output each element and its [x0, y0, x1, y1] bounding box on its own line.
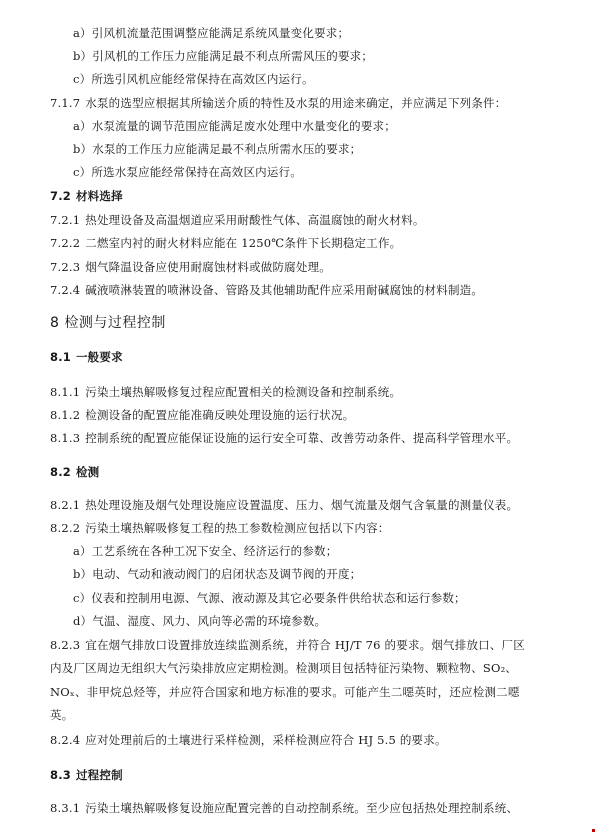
- line-text: b）电动、气动和液动阀门的启闭状态及调节阀的开度；: [73, 567, 361, 581]
- clause-number: 8.3.1: [50, 801, 80, 815]
- clause-paragraph: 7.2.1热处理设备及高温烟道应采用耐酸性气体、高温腐蚀的耐火材料。: [50, 213, 425, 227]
- clause-paragraph: 7.1.7水泵的选型应根据其所输送介质的特性及水泵的用途来确定，并应满足下列条件…: [50, 96, 506, 110]
- line-text: c）所选引风机应能经常保持在高效区内运行。: [73, 72, 314, 86]
- list-item: d）气温、湿度、风力、风向等必需的环境参数。: [73, 614, 326, 628]
- clause-number: 8: [50, 315, 59, 331]
- clause-number: 8.2.4: [50, 733, 80, 747]
- line-text: b）水泵的工作压力应能满足最不利点所需水压的要求；: [73, 142, 361, 156]
- paragraph-continuation: NOₓ、非甲烷总烃等，并应符合国家和地方标准的要求。可能产生二噁英时，还应检测二…: [50, 685, 520, 699]
- clause-paragraph: 8.2.3宜在烟气排放口设置排放连续监测系统，并符合 HJ/T 76 的要求。烟…: [50, 638, 525, 652]
- clause-paragraph: 7.2.3烟气降温设备应使用耐腐蚀材料或做防腐处理。: [50, 260, 331, 274]
- clause-paragraph: 8.3.1污染土壤热解吸修复设施应配置完善的自动控制系统。至少应包括热处理控制系…: [50, 801, 518, 815]
- section-heading: 7.2材料选择: [50, 189, 123, 203]
- list-item: c）所选水泵应能经常保持在高效区内运行。: [73, 165, 302, 179]
- chapter-heading: 8检测与过程控制: [50, 316, 166, 330]
- line-text: 一般要求: [76, 350, 123, 364]
- line-text: 检测设备的配置应能准确反映处理设施的运行状况。: [85, 408, 354, 422]
- list-item: a）引风机流量范围调整应能满足系统风量变化要求；: [73, 26, 349, 40]
- list-item: b）水泵的工作压力应能满足最不利点所需水压的要求；: [73, 142, 361, 156]
- line-text: 英。: [50, 708, 73, 722]
- document-page: a）引风机流量范围调整应能满足系统风量变化要求；b）引风机的工作压力应能满足最不…: [0, 0, 595, 832]
- line-text: 应对处理前后的土壤进行采样检测，采样检测应符合 HJ 5.5 的要求。: [85, 733, 446, 747]
- clause-number: 8.2.1: [50, 498, 80, 512]
- clause-paragraph: 7.2.2二燃室内衬的耐火材料应能在 1250℃条件下长期稳定工作。: [50, 236, 401, 250]
- clause-number: 8.2.2: [50, 521, 80, 535]
- clause-number: 8.2: [50, 465, 71, 479]
- line-text: 检测: [76, 465, 99, 479]
- section-heading: 8.2检测: [50, 465, 99, 479]
- clause-paragraph: 8.1.1污染土壤热解吸修复过程应配置相关的检测设备和控制系统。: [50, 385, 401, 399]
- line-text: 碱液喷淋装置的喷淋设备、管路及其他辅助配件应采用耐碱腐蚀的材料制造。: [85, 283, 483, 297]
- line-text: 污染土壤热解吸修复过程应配置相关的检测设备和控制系统。: [85, 385, 401, 399]
- line-text: 内及厂区周边无组织大气污染排放应定期检测。检测项目包括特征污染物、颗粒物、SO₂…: [50, 661, 517, 675]
- line-text: 控制系统的配置应能保证设施的运行安全可靠、改善劳动条件、提高科学管理水平。: [85, 431, 518, 445]
- line-text: 烟气降温设备应使用耐腐蚀材料或做防腐处理。: [85, 260, 331, 274]
- clause-number: 8.3: [50, 768, 71, 782]
- line-text: a）引风机流量范围调整应能满足系统风量变化要求；: [73, 26, 349, 40]
- clause-number: 8.2.3: [50, 638, 80, 652]
- line-text: a）工艺系统在各种工况下安全、经济运行的参数；: [73, 544, 337, 558]
- line-text: 二燃室内衬的耐火材料应能在 1250℃条件下长期稳定工作。: [85, 236, 401, 250]
- clause-number: 8.1.2: [50, 408, 80, 422]
- line-text: 水泵的选型应根据其所输送介质的特性及水泵的用途来确定，并应满足下列条件：: [85, 96, 506, 110]
- clause-paragraph: 8.2.4应对处理前后的土壤进行采样检测，采样检测应符合 HJ 5.5 的要求。: [50, 733, 447, 747]
- line-text: d）气温、湿度、风力、风向等必需的环境参数。: [73, 614, 326, 628]
- line-text: 材料选择: [76, 189, 123, 203]
- line-text: 热处理设备及高温烟道应采用耐酸性气体、高温腐蚀的耐火材料。: [85, 213, 424, 227]
- paragraph-continuation: 英。: [50, 708, 73, 722]
- list-item: c）仪表和控制用电源、气源、液动源及其它必要条件供给状态和运行参数；: [73, 591, 466, 605]
- clause-paragraph: 8.2.1热处理设施及烟气处理设施应设置温度、压力、烟气流量及烟气含氧量的测量仪…: [50, 498, 518, 512]
- line-text: 检测与过程控制: [64, 315, 166, 331]
- clause-paragraph: 8.1.3控制系统的配置应能保证设施的运行安全可靠、改善劳动条件、提高科学管理水…: [50, 431, 518, 445]
- list-item: a）工艺系统在各种工况下安全、经济运行的参数；: [73, 544, 337, 558]
- line-text: c）所选水泵应能经常保持在高效区内运行。: [73, 165, 302, 179]
- clause-number: 8.1.1: [50, 385, 80, 399]
- clause-paragraph: 7.2.4碱液喷淋装置的喷淋设备、管路及其他辅助配件应采用耐碱腐蚀的材料制造。: [50, 283, 483, 297]
- clause-paragraph: 8.2.2污染土壤热解吸修复工程的热工参数检测应包括以下内容：: [50, 521, 389, 535]
- section-heading: 8.3过程控制: [50, 768, 123, 782]
- list-item: a）水泵流量的调节范围应能满足废水处理中水量变化的要求；: [73, 119, 396, 133]
- list-item: b）引风机的工作压力应能满足最不利点所需风压的要求；: [73, 49, 373, 63]
- clause-number: 7.2.4: [50, 283, 80, 297]
- clause-number: 8.1: [50, 350, 71, 364]
- line-text: NOₓ、非甲烷总烃等，并应符合国家和地方标准的要求。可能产生二噁英时，还应检测二…: [50, 685, 520, 699]
- paragraph-continuation: 内及厂区周边无组织大气污染排放应定期检测。检测项目包括特征污染物、颗粒物、SO₂…: [50, 661, 517, 675]
- line-text: c）仪表和控制用电源、气源、液动源及其它必要条件供给状态和运行参数；: [73, 591, 466, 605]
- clause-number: 7.1.7: [50, 96, 80, 110]
- section-heading: 8.1一般要求: [50, 350, 123, 364]
- line-text: 污染土壤热解吸修复设施应配置完善的自动控制系统。至少应包括热处理控制系统、: [85, 801, 518, 815]
- clause-number: 8.1.3: [50, 431, 80, 445]
- line-text: 热处理设施及烟气处理设施应设置温度、压力、烟气流量及烟气含氧量的测量仪表。: [85, 498, 518, 512]
- clause-paragraph: 8.1.2检测设备的配置应能准确反映处理设施的运行状况。: [50, 408, 354, 422]
- clause-number: 7.2.1: [50, 213, 80, 227]
- line-text: 过程控制: [76, 768, 123, 782]
- line-text: 宜在烟气排放口设置排放连续监测系统，并符合 HJ/T 76 的要求。烟气排放口、…: [85, 638, 525, 652]
- list-item: b）电动、气动和液动阀门的启闭状态及调节阀的开度；: [73, 567, 361, 581]
- clause-number: 7.2.2: [50, 236, 80, 250]
- clause-number: 7.2.3: [50, 260, 80, 274]
- line-text: a）水泵流量的调节范围应能满足废水处理中水量变化的要求；: [73, 119, 396, 133]
- line-text: 污染土壤热解吸修复工程的热工参数检测应包括以下内容：: [85, 521, 389, 535]
- line-text: b）引风机的工作压力应能满足最不利点所需风压的要求；: [73, 49, 373, 63]
- clause-number: 7.2: [50, 189, 71, 203]
- list-item: c）所选引风机应能经常保持在高效区内运行。: [73, 72, 314, 86]
